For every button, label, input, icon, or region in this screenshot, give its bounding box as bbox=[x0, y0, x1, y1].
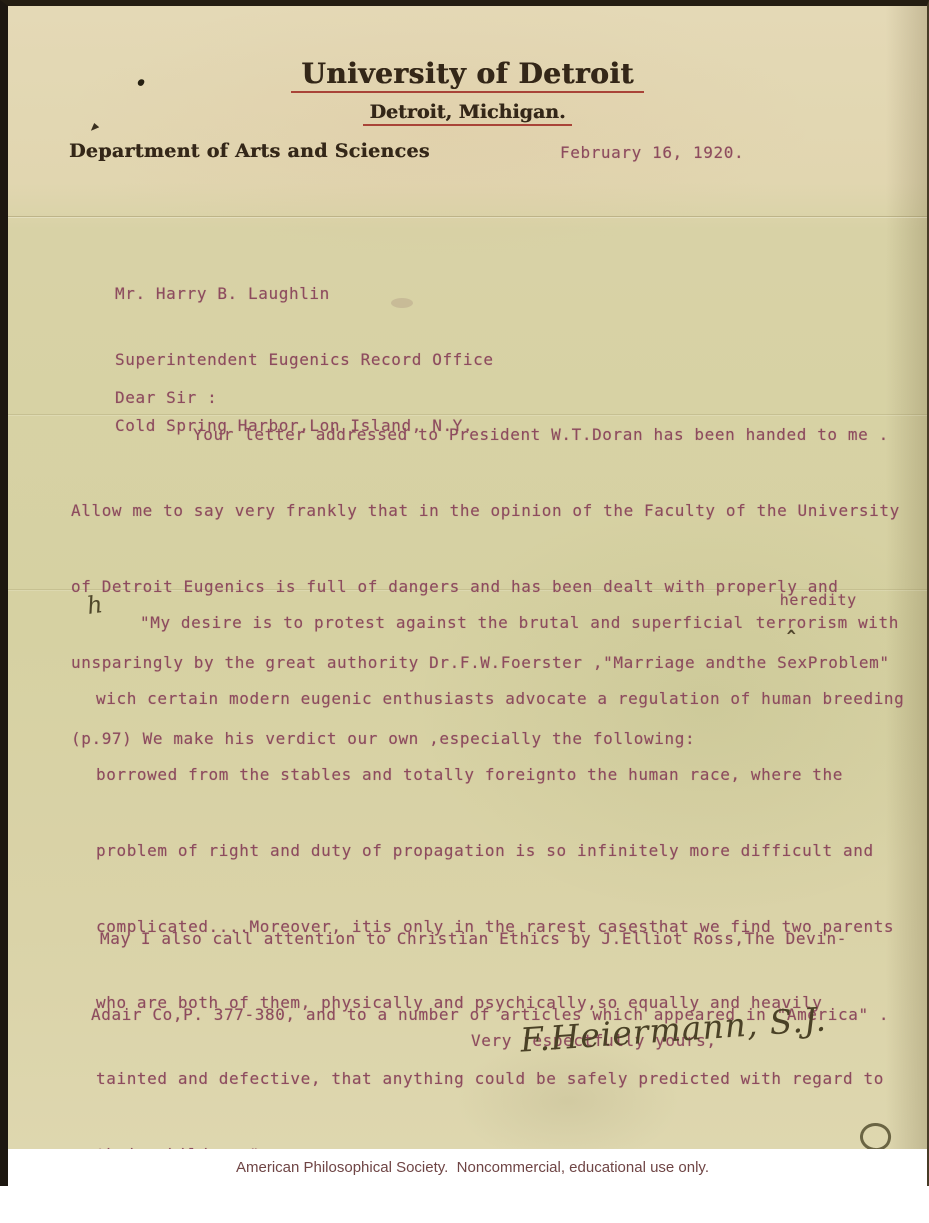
letter-date: February 16, 1920. bbox=[560, 143, 744, 162]
footer-caption: American Philosophical Society. Noncomme… bbox=[236, 1159, 709, 1176]
quote-line: wich certain modern eugenic enthusiasts … bbox=[96, 680, 929, 718]
quote-line: borrowed from the stables and totally fo… bbox=[96, 756, 929, 794]
quote-line-with-insertion: "My desire is to protest against the bru… bbox=[96, 604, 929, 642]
letterhead-department: Department of Arts and Sciences bbox=[69, 140, 430, 162]
scan-footer-strip: American Philosophical Society. Noncomme… bbox=[8, 1149, 929, 1186]
caret-mark: ^ bbox=[743, 617, 797, 655]
inserted-word: heredity bbox=[736, 581, 857, 619]
fold-crease bbox=[8, 216, 927, 217]
eraser-smudge bbox=[391, 298, 413, 308]
recipient-name: Mr. Harry B. Laughlin bbox=[115, 280, 494, 308]
body-line: Allow me to say very frankly that in the… bbox=[71, 492, 929, 530]
letterhead-university-name: University of Detroit bbox=[291, 58, 644, 93]
typed-insertion: heredity^ bbox=[744, 604, 756, 642]
body-line: May I also call attention to Christian E… bbox=[91, 920, 929, 958]
body-line: Your letter addressed to President W.T.D… bbox=[71, 416, 929, 454]
quote-line: problem of right and duty of propagation… bbox=[96, 832, 929, 870]
scanned-letter-page: University of Detroit Detroit, Michigan.… bbox=[0, 0, 929, 1186]
letterhead-location: Detroit, Michigan. bbox=[363, 101, 571, 126]
letterhead: University of Detroit Detroit, Michigan. bbox=[8, 58, 927, 126]
